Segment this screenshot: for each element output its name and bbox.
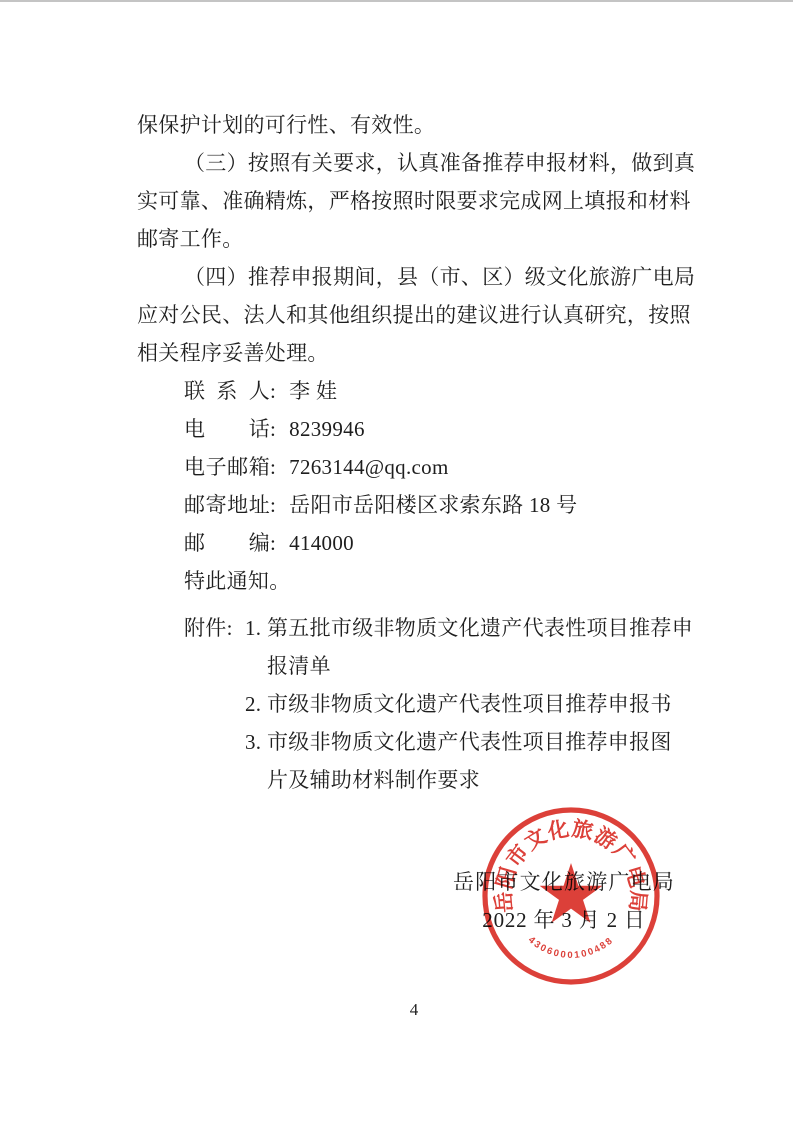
paragraph-line: 应对公民、法人和其他组织提出的建议进行认真研究，按照 [137,296,697,334]
contact-label: 邮编 [184,524,270,562]
attachment-line: 3. 市级非物质文化遗产代表性项目推荐申报图 [245,723,697,761]
contact-row: 联系人:李 娃 [184,372,697,410]
attachment-text: 第五批市级非物质文化遗产代表性项目推荐申 [267,609,693,647]
signature-date: 2022 年 3 月 2 日 [452,901,676,939]
contact-row: 电话:8239946 [184,410,697,448]
document-body: 保保护计划的可行性、有效性。 （三）按照有关要求，认真准备推荐申报材料，做到真 … [137,106,697,799]
attachments-block: 附件: 1. 第五批市级非物质文化遗产代表性项目推荐申 报清单 2. 市级非物质… [184,609,697,799]
contact-label: 邮寄地址 [184,486,270,524]
contact-label: 电话 [184,410,270,448]
paragraph-line: （四）推荐申报期间，县（市、区）级文化旅游广电局 [137,258,697,296]
contact-colon: : [270,455,276,479]
contact-row: 电子邮箱:7263144@qq.com [184,448,697,486]
contact-value: 7263144@qq.com [289,455,448,479]
contact-value: 岳阳市岳阳楼区求索东路 18 号 [289,493,577,517]
paragraph-line: 邮寄工作。 [137,220,697,258]
attachment-text: 市级非物质文化遗产代表性项目推荐申报图 [267,723,672,761]
paragraph-line: 相关程序妥善处理。 [137,334,697,372]
contact-row: 邮寄地址:岳阳市岳阳楼区求索东路 18 号 [184,486,697,524]
contact-value: 李 娃 [289,379,337,403]
contact-colon: : [270,493,276,517]
contact-value: 8239946 [289,417,365,441]
paragraph-line: （三）按照有关要求，认真准备推荐申报材料，做到真 [137,144,697,182]
contact-colon: : [270,379,276,403]
paragraph-line: 实可靠、准确精炼，严格按照时限要求完成网上填报和材料 [137,182,697,220]
contact-row: 邮编:414000 [184,524,697,562]
attachment-text: 市级非物质文化遗产代表性项目推荐申报书 [267,685,672,723]
attachment-line: 片及辅助材料制作要求 [267,761,697,799]
closing-line: 特此通知。 [184,562,697,600]
signature-block: 岳阳市文化旅游广电局 2022 年 3 月 2 日 [452,863,676,939]
attachment-line: 附件: 1. 第五批市级非物质文化遗产代表性项目推荐申 [184,609,697,647]
page-number: 4 [403,1000,425,1020]
signature-org: 岳阳市文化旅游广电局 [452,863,676,901]
contact-colon: : [270,417,276,441]
attachment-number: 3. [245,723,267,761]
attachment-number: 1. [245,609,267,647]
attachments-label: 附件: [184,609,245,647]
attachment-line: 报清单 [267,647,697,685]
attachment-number: 2. [245,685,267,723]
contact-colon: : [270,531,276,555]
attachment-line: 2. 市级非物质文化遗产代表性项目推荐申报书 [245,685,697,723]
contact-label: 联系人 [184,372,270,410]
document-page: 保保护计划的可行性、有效性。 （三）按照有关要求，认真准备推荐申报材料，做到真 … [0,0,793,1122]
contact-label: 电子邮箱 [184,448,270,486]
contact-value: 414000 [289,531,354,555]
paragraph-line: 保保护计划的可行性、有效性。 [137,106,697,144]
